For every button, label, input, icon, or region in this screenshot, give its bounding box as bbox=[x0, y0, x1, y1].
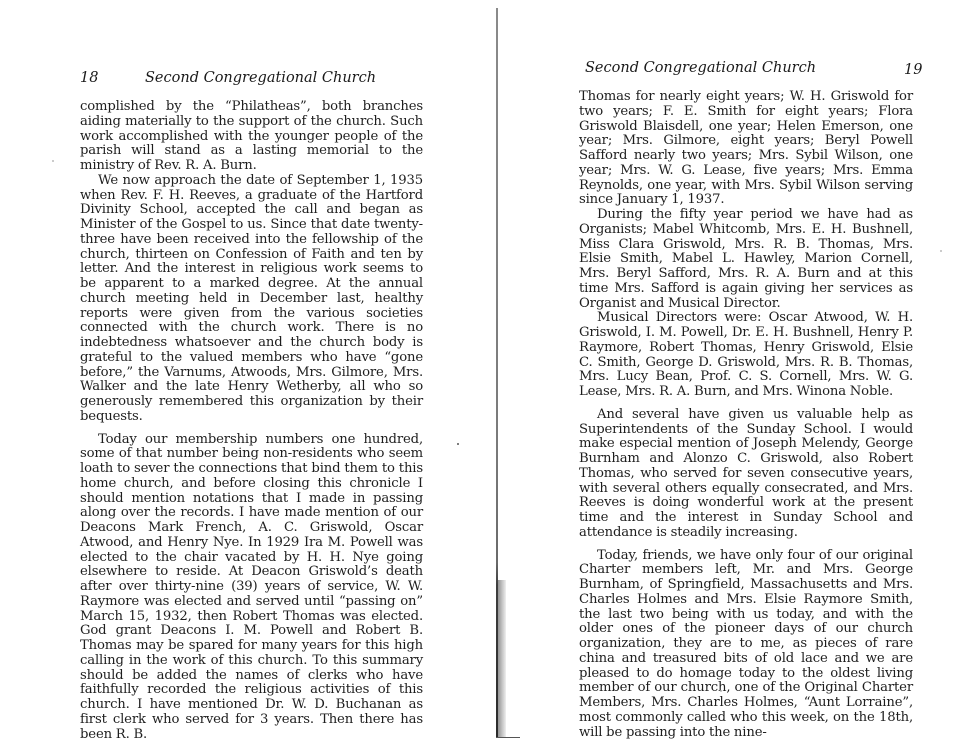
scan-speck bbox=[940, 250, 942, 252]
scan-speck bbox=[52, 160, 54, 162]
scan-speck bbox=[457, 443, 459, 445]
body-text: Thomas for nearly eight years; W. H. Gri… bbox=[579, 90, 913, 740]
paragraph: Musical Directors were: Oscar Atwood, W.… bbox=[579, 311, 913, 400]
page-number: 18 bbox=[80, 70, 98, 86]
paragraph: And several have given us valuable help … bbox=[579, 408, 913, 541]
left-page: 18 Second Congregational Church complish… bbox=[0, 0, 480, 749]
paragraph: Today our membership numbers one hundred… bbox=[80, 433, 423, 743]
running-head: Second Congregational Church bbox=[145, 70, 376, 86]
page-number: 19 bbox=[904, 62, 922, 78]
scan-speck bbox=[300, 700, 302, 702]
paragraph: Today, friends, we have only four of our… bbox=[579, 549, 913, 741]
body-text: complished by the “Philatheas”, both bra… bbox=[80, 100, 423, 742]
paragraph: Thomas for nearly eight years; W. H. Gri… bbox=[579, 90, 913, 208]
paragraph: We now approach the date of September 1,… bbox=[80, 174, 423, 425]
paragraph: complished by the “Philatheas”, both bra… bbox=[80, 100, 423, 174]
paragraph: During the fifty year period we have had… bbox=[579, 208, 913, 311]
right-page: Second Congregational Church 19 Thomas f… bbox=[500, 0, 970, 749]
scan-speck bbox=[720, 690, 722, 692]
running-head: Second Congregational Church bbox=[585, 60, 816, 76]
